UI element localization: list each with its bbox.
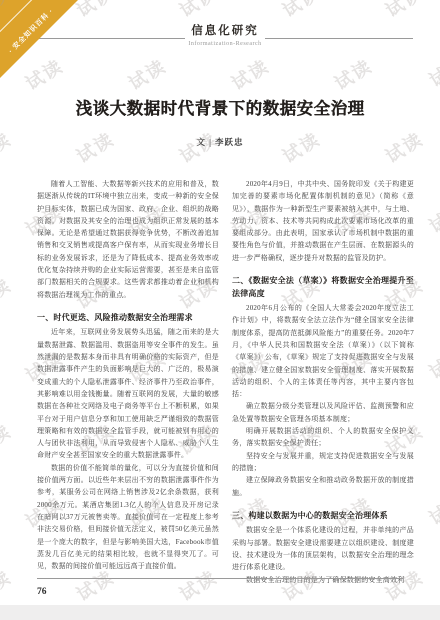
document-page: 信息化研究 Informatization-Research · 安全知识百科 … bbox=[0, 0, 440, 620]
section-heading: 三、构建以数据为中心的数据安全治理体系 bbox=[232, 510, 414, 523]
watermark-text: 试读 bbox=[226, 52, 274, 95]
paragraph: 坚持安全与发展并重，规定支持促进数据安全与发展的措施； bbox=[232, 450, 414, 475]
watermark-text: 试读 bbox=[0, 125, 16, 168]
paragraph: 数据的价值不能简单的量化，可以分为直接价值和间接价值两方面。以近些年来层出不穷的… bbox=[37, 462, 219, 573]
paragraph: 数据安全是一个体系化建设的过程，并非单纯的产品采购与部署。数据安全建设需要建立以… bbox=[232, 524, 414, 573]
watermark-text: 试读 bbox=[71, 0, 119, 23]
header-rule-right bbox=[265, 24, 413, 39]
corner-ribbon bbox=[0, 0, 78, 78]
watermark-text: 试读 bbox=[424, 352, 440, 407]
watermark-text: 试读 bbox=[424, 60, 440, 115]
watermark-text: 试读 bbox=[123, 52, 171, 95]
watermark-text: 试读 bbox=[277, 0, 325, 23]
footer-rule bbox=[37, 578, 403, 579]
watermark-text: 试读 bbox=[0, 417, 16, 460]
watermark-text: 试读 bbox=[380, 0, 428, 23]
journal-subtitle-en: Informatization-Research bbox=[37, 41, 413, 47]
watermark-text: 试读 bbox=[0, 271, 16, 314]
watermark-text: 试读 bbox=[0, 563, 16, 606]
column-right: 2020年4月9日，中共中央、国务院印发《关于构建更加完善的要素市场化配置体制机… bbox=[232, 178, 414, 586]
paragraph: 建立保障政务数据安全和推动政务数据开放的制度措施。 bbox=[232, 474, 414, 499]
paragraph: 随着人工智能、大数据等新兴技术的应用和普及，数据逐渐从传统的IT环境中独立出来，… bbox=[37, 178, 219, 301]
paragraph: 2020年4月9日，中共中央、国务院印发《关于构建更加完善的要素市场化配置体制机… bbox=[232, 178, 414, 264]
article-title: 浅谈大数据时代背景下的数据安全治理 bbox=[20, 95, 420, 119]
article-byline: 文 | 李跃忠 bbox=[20, 136, 420, 148]
paragraph: 2020年6月公布的《全国人大常委会2020年度立法工作计划》中，将数据安全法立… bbox=[232, 302, 414, 400]
paragraph: 明确开展数据活动的组织、个人的数据安全保护义务，落实数据安全保护责任； bbox=[232, 425, 414, 450]
page-number: 76 bbox=[37, 587, 47, 597]
watermark-text: 试读 bbox=[424, 206, 440, 261]
watermark-text: 试读 bbox=[424, 498, 440, 553]
section-heading: 二、《数据安全法（草案）》将数据安全治理提升至法律高度 bbox=[232, 275, 414, 300]
paragraph: 确立数据分级分类管理以及风险评估、监测预警和应急处置等数据安全管理各项基本制度； bbox=[232, 400, 414, 425]
journal-header: 信息化研究 Informatization-Research bbox=[37, 24, 413, 47]
watermark-text: 试读 bbox=[174, 0, 222, 23]
watermark-text: 试读 bbox=[329, 52, 377, 95]
column-left: 随着人工智能、大数据等新兴技术的应用和普及，数据逐渐从传统的IT环境中独立出来，… bbox=[37, 178, 219, 586]
paragraph: 数据安全治理的目的是为了确保数据的安全高效利 bbox=[232, 574, 414, 586]
article-columns: 随着人工智能、大数据等新兴技术的应用和普及，数据逐渐从传统的IT环境中独立出来，… bbox=[37, 178, 414, 586]
page-bottom-edge bbox=[0, 605, 440, 620]
section-heading: 一、时代更迭、风险推动数据安全治理需求 bbox=[37, 312, 219, 325]
paragraph: 近年来，互联网业务发展势头迅猛，随之而来的是大量数据泄露、数据滥用、数据盗用等安… bbox=[37, 326, 219, 461]
journal-title: 信息化研究 bbox=[185, 24, 265, 39]
